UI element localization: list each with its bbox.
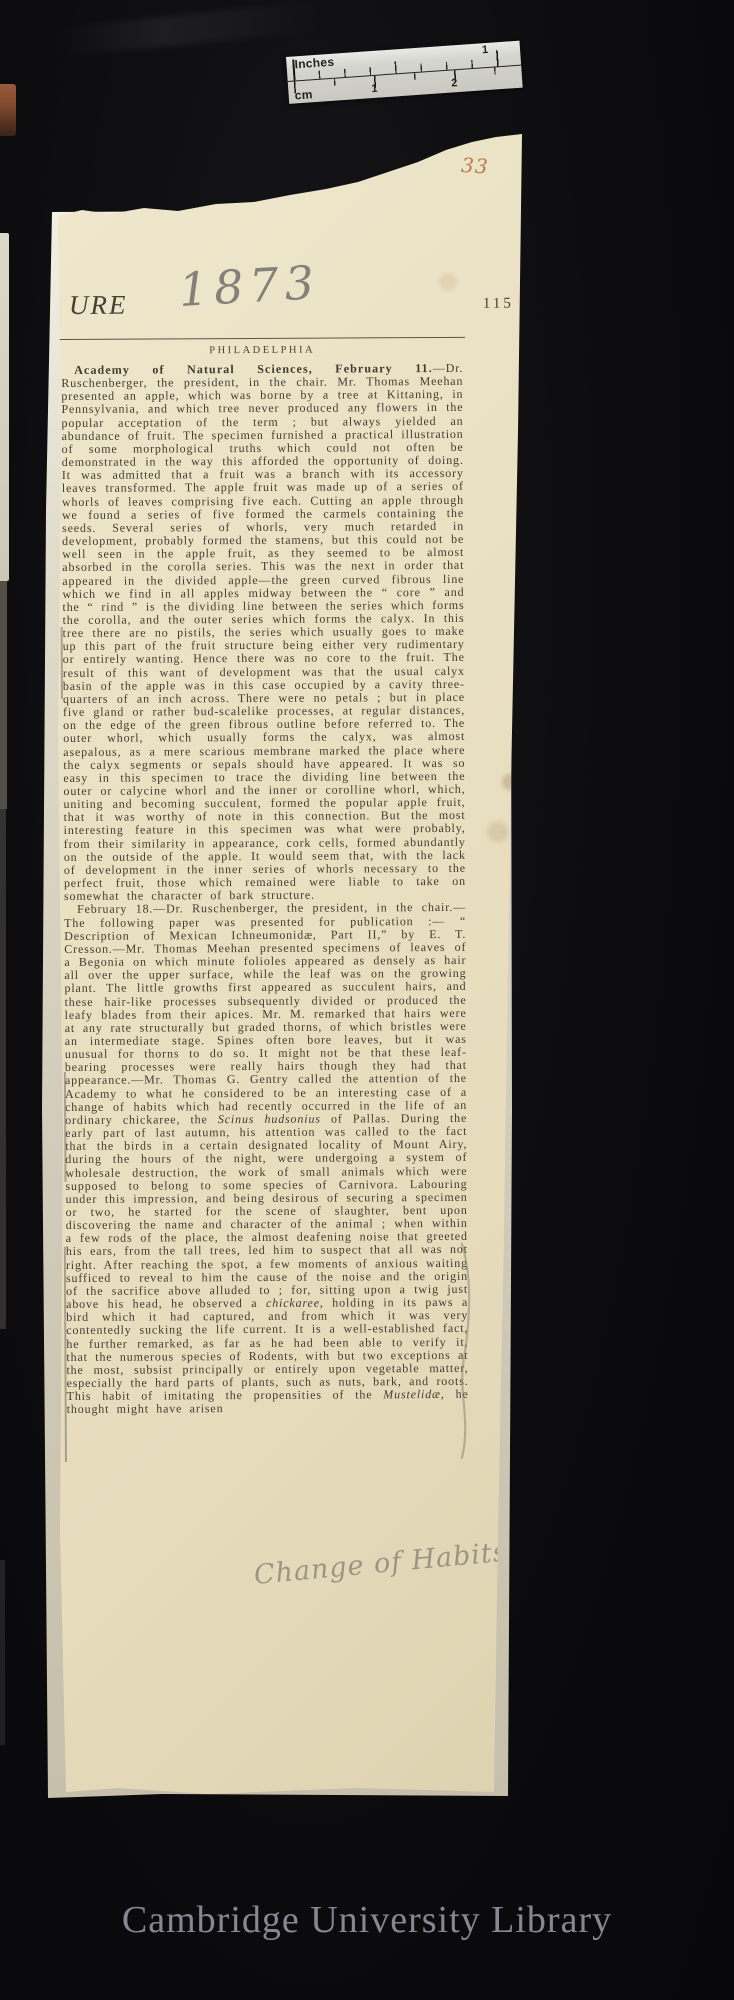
- paragraph-text: of Pallas. During the early part of last…: [65, 1111, 468, 1311]
- cloth-fold: [54, 0, 326, 58]
- page-edge-sliver: [0, 233, 9, 581]
- corner-number-annotation: 33: [460, 153, 489, 179]
- paragraph-text: —Dr. Ruschenberger, the president, in th…: [61, 361, 466, 903]
- page-number: 115: [483, 296, 514, 313]
- printed-page: 33 URE 1873 115 PHILADELPHIA Academy of …: [58, 130, 531, 1796]
- page-edge-sliver: [0, 809, 6, 1329]
- handwritten-note: Change of Habits: [253, 1537, 509, 1591]
- handwritten-year: 1873: [177, 255, 321, 317]
- page-edge-sliver: [0, 581, 7, 809]
- paragraph-text: February 18.—Dr. Ruschenberger, the pres…: [64, 900, 467, 1127]
- library-watermark: Cambridge University Library: [0, 1898, 734, 1942]
- article-body: Academy of Natural Sciences, February 11…: [61, 362, 469, 1417]
- newspaper-clipping: 33 URE 1873 115 PHILADELPHIA Academy of …: [58, 132, 522, 1796]
- paragraph-feb-18: February 18.—Dr. Ruschenberger, the pres…: [64, 901, 469, 1416]
- family-name: Mustelidæ: [383, 1387, 441, 1401]
- italic-term: chickaree: [266, 1296, 320, 1310]
- header-rule: [59, 337, 465, 341]
- photograph: Inches 1 cm 1 2 33 URE 1873 115 PHILADEL…: [0, 0, 734, 2000]
- scale-ruler: Inches 1 cm 1 2: [286, 41, 523, 104]
- section-heading: PHILADELPHIA: [61, 344, 463, 357]
- page-edge-sliver: [0, 1560, 5, 1745]
- ruler-cm-number: 2: [451, 77, 458, 89]
- paragraph-feb-11: Academy of Natural Sciences, February 11…: [61, 362, 466, 904]
- pencil-squiggle: [454, 1242, 485, 1462]
- book-spine-edge: [0, 84, 16, 136]
- ruler-cm-number: 1: [371, 83, 378, 95]
- ruler-cm-label: cm: [294, 87, 313, 102]
- masthead-fragment: URE: [69, 290, 128, 321]
